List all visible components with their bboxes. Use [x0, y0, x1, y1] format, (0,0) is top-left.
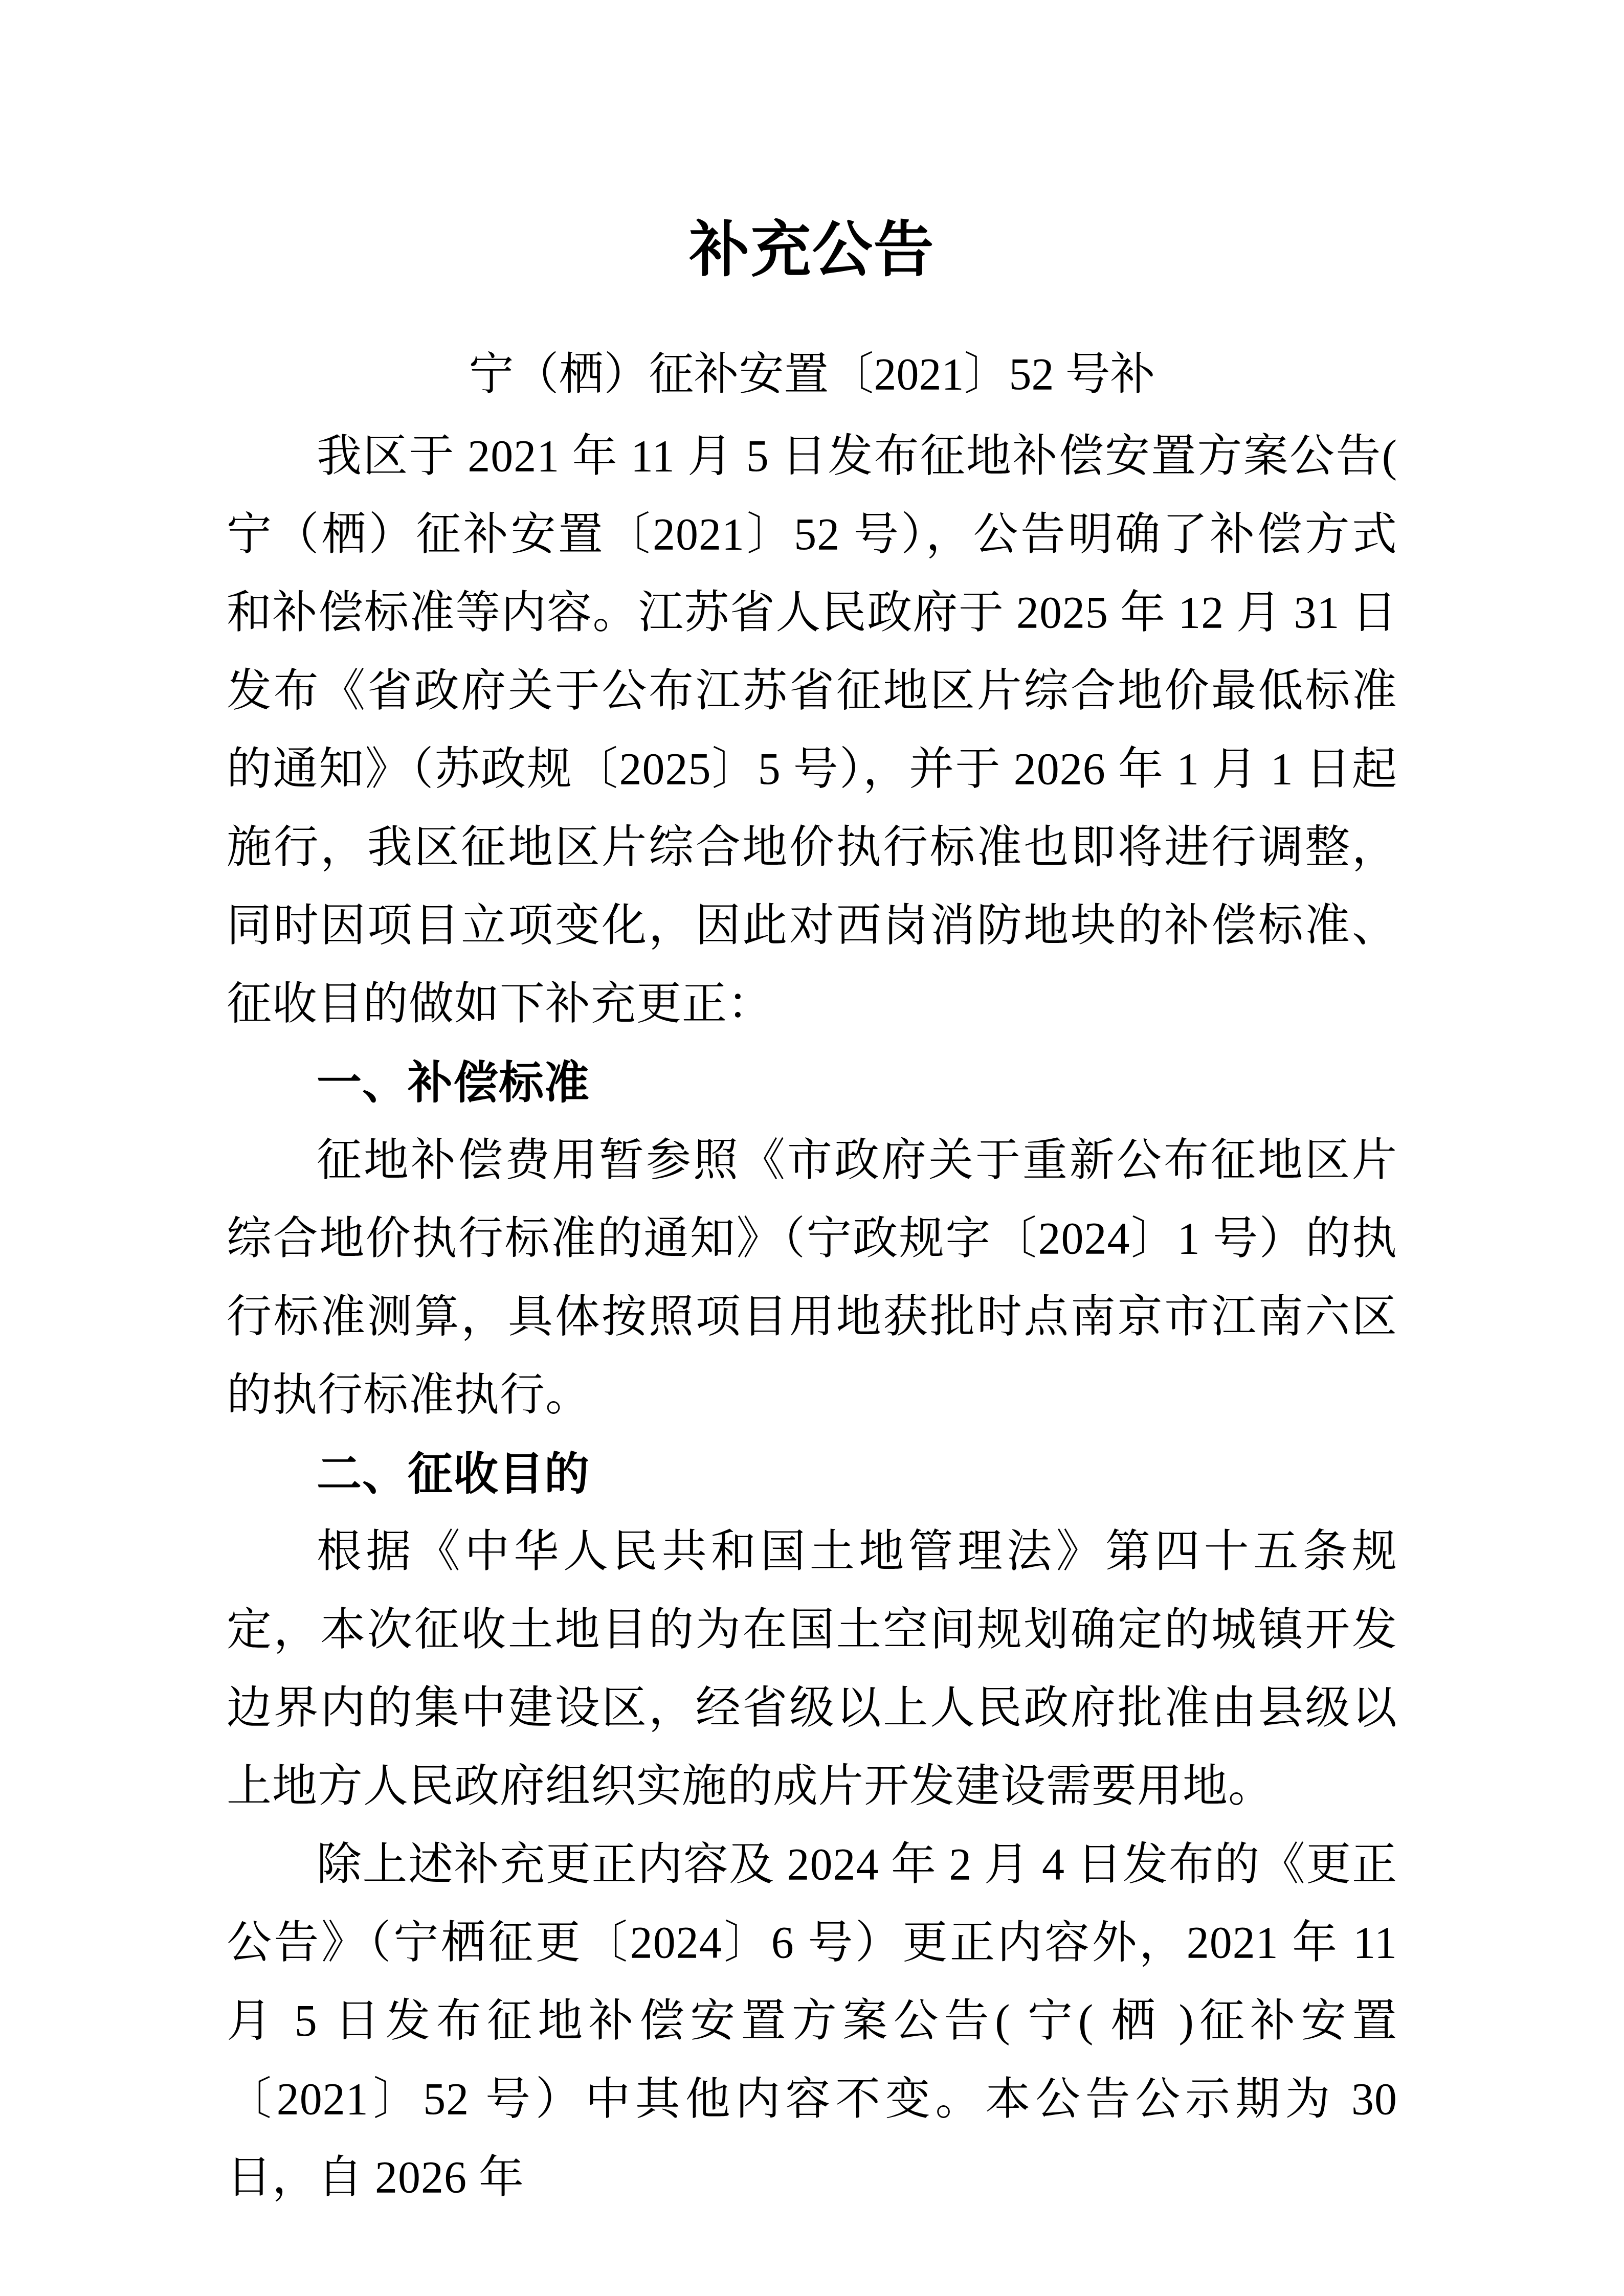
announcement-page: 补充公告 宁（栖）征补安置〔2021〕52 号补 我区于 2021 年 11 月…: [0, 0, 1624, 2296]
page-content: 补充公告 宁（栖）征补安置〔2021〕52 号补 我区于 2021 年 11 月…: [0, 0, 1624, 2217]
document-number: 宁（栖）征补安置〔2021〕52 号补: [227, 347, 1397, 403]
announcement-body: 我区于 2021 年 11 月 5 日发布征地补偿安置方案公告( 宁（栖）征补安…: [227, 417, 1397, 2217]
announcement-title: 补充公告: [227, 0, 1397, 286]
paragraph-compensation-standard: 征地补偿费用暂参照《市政府关于重新公布征地区片综合地价执行标准的通知》（宁政规字…: [227, 1121, 1397, 1434]
section-heading-compensation-standard: 一、补偿标准: [227, 1043, 1397, 1121]
paragraph-intro: 我区于 2021 年 11 月 5 日发布征地补偿安置方案公告( 宁（栖）征补安…: [227, 417, 1397, 1043]
paragraph-expropriation-purpose: 根据《中华人民共和国土地管理法》第四十五条规定，本次征收土地目的为在国土空间规划…: [227, 1513, 1397, 1826]
paragraph-closing: 除上述补充更正内容及 2024 年 2 月 4 日发布的《更正公告》（宁栖征更〔…: [227, 1826, 1397, 2217]
section-heading-expropriation-purpose: 二、征收目的: [227, 1434, 1397, 1513]
